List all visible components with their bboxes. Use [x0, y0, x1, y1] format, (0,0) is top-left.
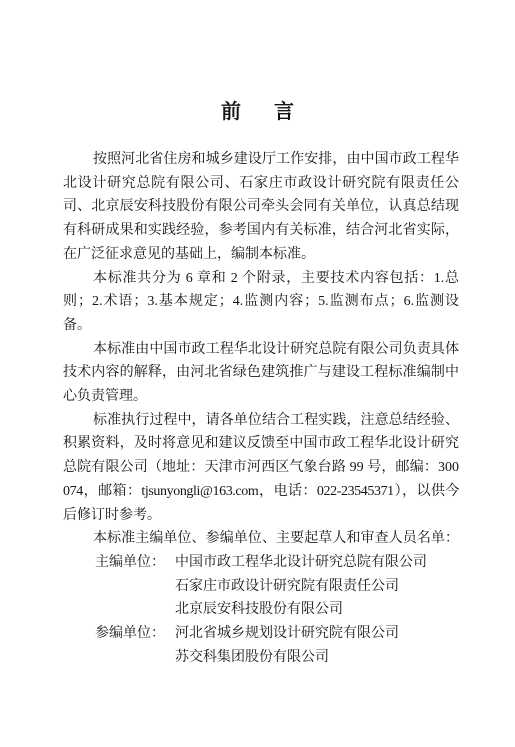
body-line: 本标准由中国市政工程华北设计研究总院有限公司负责具体 — [63, 338, 459, 362]
document-page: 前 言 按照河北省住房和城乡建设厅工作安排，由中国市政工程华 北设计研究总院有限… — [0, 0, 515, 747]
body-line: 本标准共分为 6 章和 2 个附录，主要技术内容包括：1.总 — [63, 267, 459, 291]
chief-editor-row: 石家庄市政设计研究院有限责任公司 — [63, 575, 459, 599]
co-editor-name: 河北省城乡规划设计研究院有限公司 — [175, 622, 399, 646]
preface-title-char-1: 前 — [221, 99, 241, 125]
preface-title-char-2: 言 — [274, 99, 294, 125]
chief-editor-label: 主编单位： — [95, 551, 165, 575]
body-line: 则；2.术语；3.基本规定；4.监测内容；5.监测布点；6.监测设 — [63, 290, 459, 314]
body-line: 北设计研究总院有限公司、石家庄市政设计研究院有限责任公 — [63, 172, 459, 196]
co-editor-row: 参编单位： 河北省城乡规划设计研究院有限公司 — [63, 622, 459, 646]
chief-editor-name: 北京辰安科技股份有限公司 — [175, 598, 343, 622]
chief-editor-row: 主编单位： 中国市政工程华北设计研究总院有限公司 — [63, 551, 459, 575]
chief-editor-name: 中国市政工程华北设计研究总院有限公司 — [175, 551, 427, 575]
body-line: 备。 — [63, 314, 459, 338]
chief-editor-name: 石家庄市政设计研究院有限责任公司 — [175, 575, 399, 599]
body-line: 标准执行过程中，请各单位结合工程实践，注意总结经验、 — [63, 409, 459, 433]
body-line: 在广泛征求意见的基础上，编制本标准。 — [63, 243, 459, 267]
co-editor-row: 苏交科集团股份有限公司 — [63, 646, 459, 670]
co-editor-name: 苏交科集团股份有限公司 — [175, 646, 329, 670]
preface-title: 前 言 — [0, 99, 515, 125]
body-line: 积累资料，及时将意见和建议反馈至中国市政工程华北设计研究 — [63, 432, 459, 456]
body-line: 技术内容的解释，由河北省绿色建筑推广与建设工程标准编制中 — [63, 361, 459, 385]
body-line: 按照河北省住房和城乡建设厅工作安排，由中国市政工程华 — [63, 148, 459, 172]
body-line-contact: 074，邮箱：tjsunyongli@163.com，电话：022-235453… — [63, 480, 459, 504]
body-line: 心负责管理。 — [63, 385, 459, 409]
body-line: 司、北京辰安科技股份有限公司牵头会同有关单位，认真总结现 — [63, 195, 459, 219]
body-line: 本标准主编单位、参编单位、主要起草人和审查人员名单： — [63, 527, 459, 551]
chief-editor-row: 北京辰安科技股份有限公司 — [63, 598, 459, 622]
preface-body: 按照河北省住房和城乡建设厅工作安排，由中国市政工程华 北设计研究总院有限公司、石… — [63, 148, 459, 669]
body-line: 总院有限公司（地址：天津市河西区气象台路 99 号，邮编：300 — [63, 456, 459, 480]
body-line: 有科研成果和实践经验，参考国内有关标准，结合河北省实际， — [63, 219, 459, 243]
co-editor-label: 参编单位： — [95, 622, 165, 646]
body-line: 后修订时参考。 — [63, 504, 459, 528]
